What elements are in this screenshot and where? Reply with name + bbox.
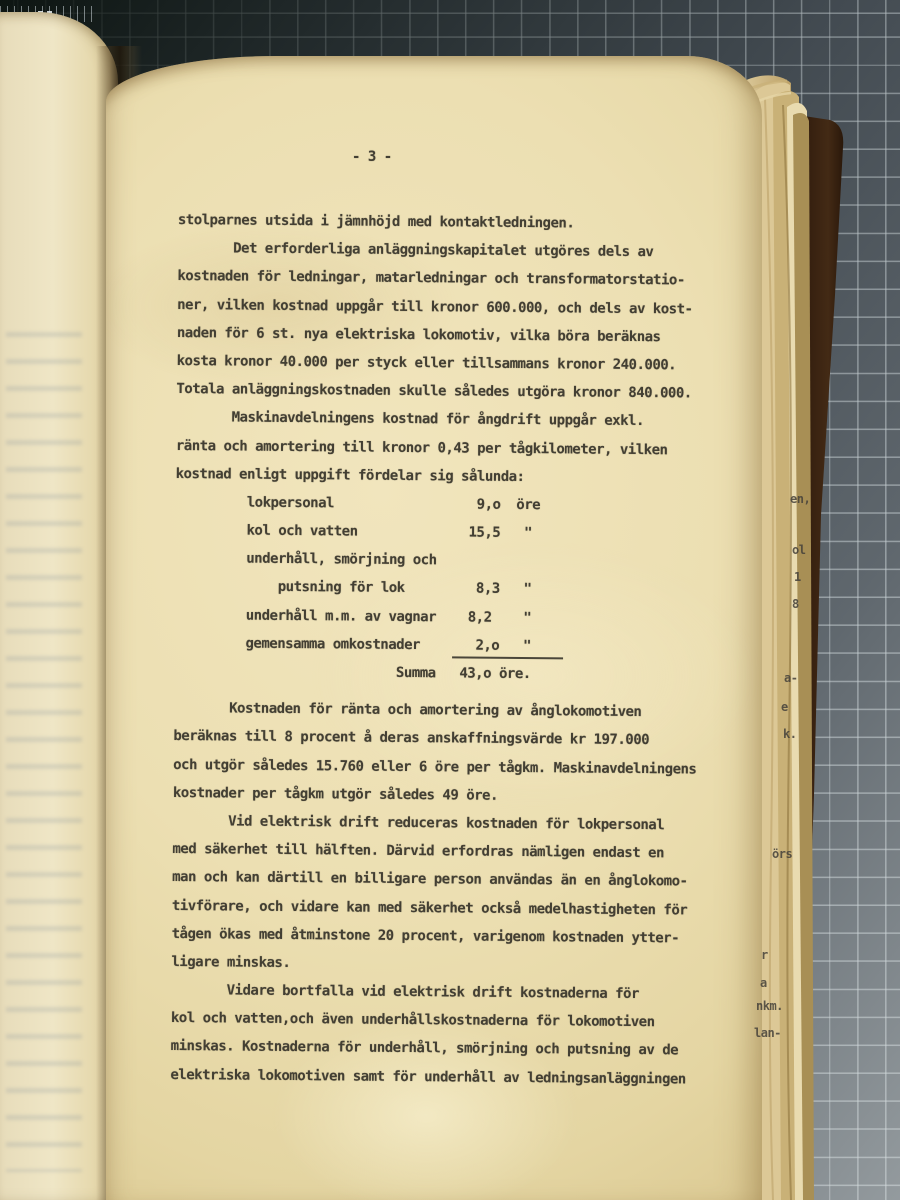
photo-of-typewritten-document: - 3 - stolparnes utsida i jämnhöjd med k… <box>0 0 900 1200</box>
fore-edge-text-fragment: r <box>761 948 768 962</box>
typewritten-text: stolparnes utsida i jämnhöjd med kontakt… <box>170 206 726 1094</box>
fore-edge-text-fragment: en, <box>790 492 810 506</box>
fore-edge-text-fragment: 8 <box>792 597 799 611</box>
fore-edge-text-fragment: ol <box>792 543 805 557</box>
typewritten-line: tågen ökas med åtminstone 20 procent, va… <box>172 920 720 953</box>
typewritten-line: elektriska lokomotiven samt för underhål… <box>170 1061 718 1094</box>
fore-edge-text-fragment: nkm. <box>756 999 783 1013</box>
typewritten-line: kostnaden för ledningar, matarledningar … <box>177 262 725 295</box>
fore-edge-text-fragment: a <box>760 976 767 990</box>
typewritten-line: ränta och amortering till kronor 0,43 pe… <box>176 431 724 464</box>
fore-edge-text-fragment: e <box>781 700 788 714</box>
fore-edge-text-fragment: a- <box>784 671 797 685</box>
typewritten-line: underhåll m.m. av vagnar 8,2 " <box>174 601 722 634</box>
typewritten-line: man och kan därtill en billigare person … <box>172 863 720 896</box>
typewritten-line: kostnad enligt uppgift fördelar sig sålu… <box>176 460 724 493</box>
typewritten-line: minskas. Kostnaderna för underhåll, smör… <box>171 1032 719 1065</box>
sum-underline: 2,o " <box>452 637 563 659</box>
typewritten-line: och utgör således 15.760 eller 6 öre per… <box>173 751 721 784</box>
fore-edge-text-fragment: 1 <box>794 570 801 584</box>
typewritten-line: Maskinavdelningens kostnad för ångdrift … <box>176 403 724 436</box>
typewritten-line: putsning för lok 8,3 " <box>175 572 723 605</box>
typewritten-line: Summa 43,o öre. <box>174 657 722 690</box>
typewritten-line: tivförare, och vidare kan med säkerhet o… <box>172 891 720 924</box>
typewritten-line: beräknas till 8 procent å deras anskaffn… <box>173 722 721 755</box>
page-number: - 3 - <box>352 148 392 166</box>
fore-edge-text-fragment: örs <box>772 847 792 861</box>
typewritten-line: ner, vilken kostnad uppgår till kronor 6… <box>177 291 725 324</box>
fore-edge-text-fragment: lan- <box>754 1026 781 1040</box>
fore-edge-text-fragment: k. <box>783 727 796 741</box>
document-page: - 3 - stolparnes utsida i jämnhöjd med k… <box>106 56 762 1200</box>
